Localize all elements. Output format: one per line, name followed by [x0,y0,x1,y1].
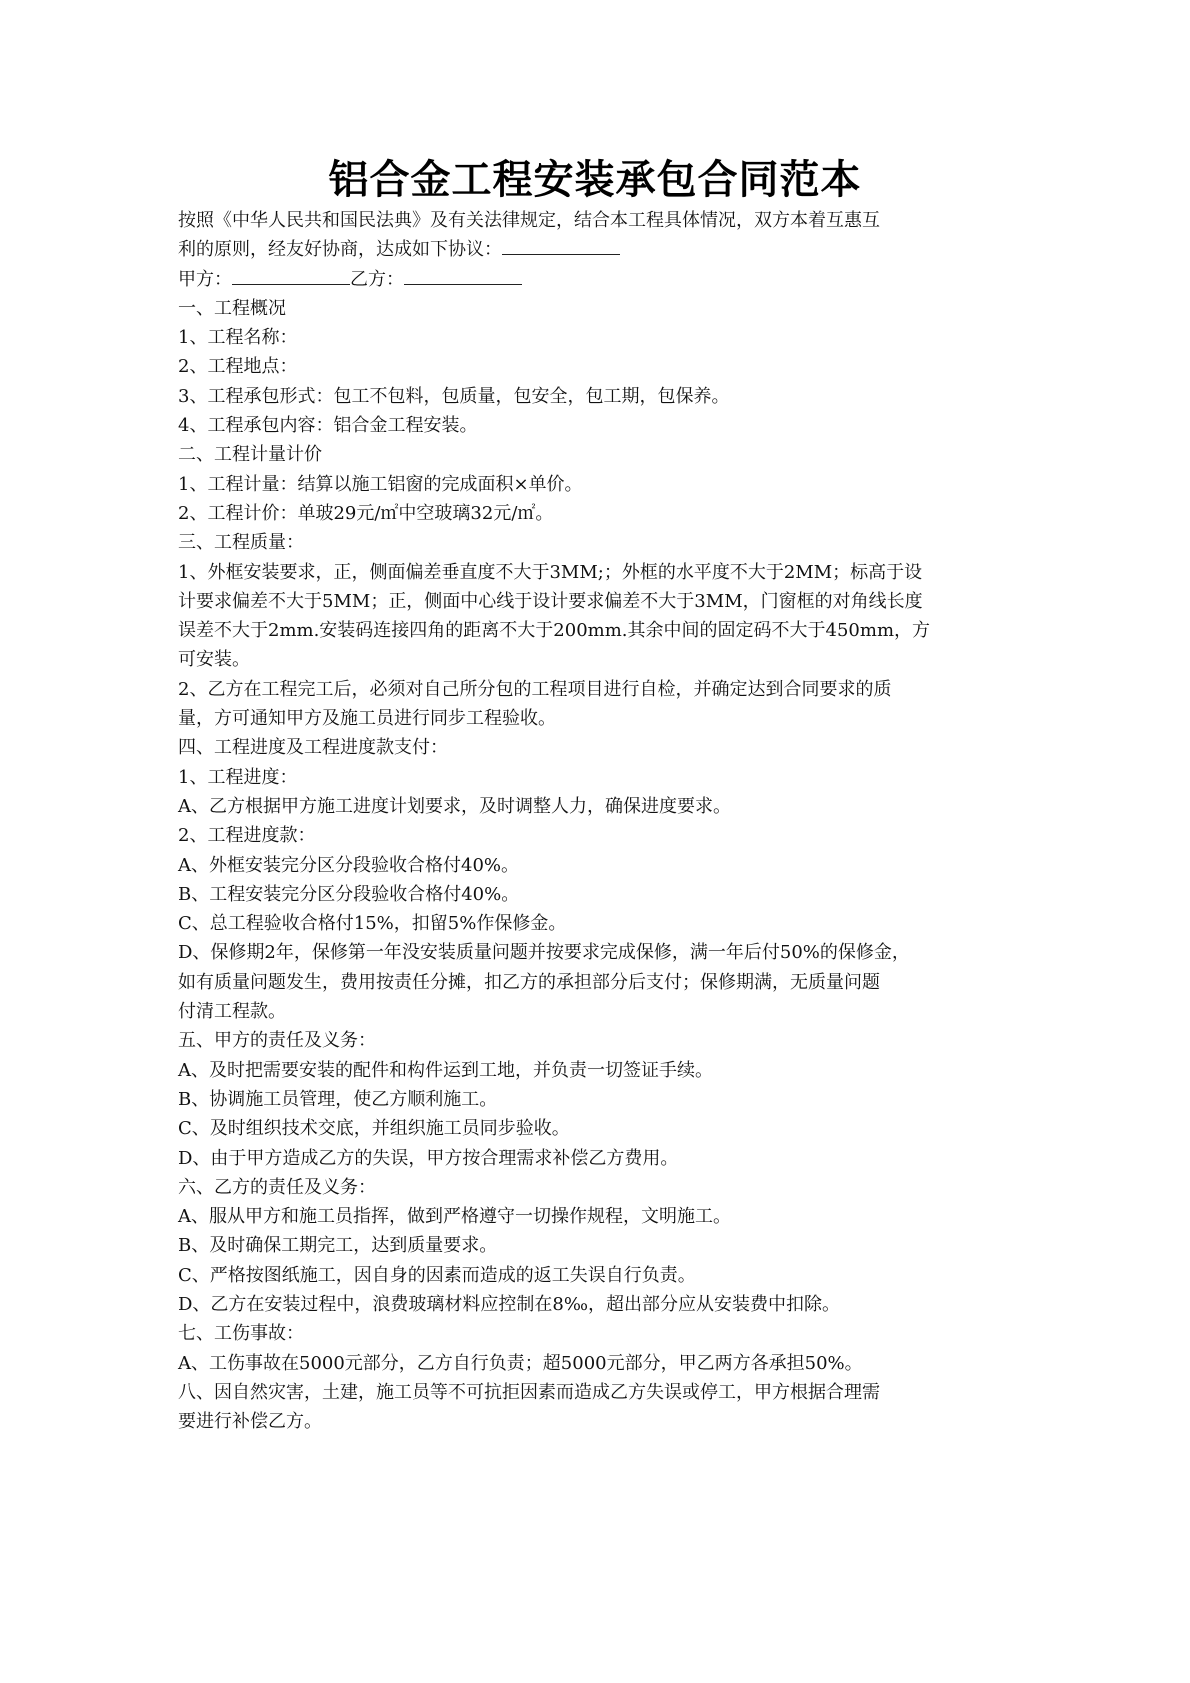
clause: 量，方可通知甲方及施工员进行同步工程验收。 [178,704,1018,733]
clause: 1、外框安装要求，正，侧面偏差垂直度不大于3MM;；外框的水平度不大于2MM；标… [178,558,1018,587]
clause: 计要求偏差不大于5MM；正，侧面中心线于设计要求偏差不大于3MM，门窗框的对角线… [178,587,1018,616]
clause: D、由于甲方造成乙方的失误，甲方按合理需求补偿乙方费用。 [178,1144,1018,1173]
agreement-blank [502,236,620,255]
clause: 3、工程承包形式：包工不包料，包质量，包安全，包工期，包保养。 [178,382,1018,411]
section-heading: 六、乙方的责任及义务： [178,1173,1018,1202]
intro-text: 利的原则，经友好协商，达成如下协议： [178,239,502,260]
section-heading: 一、工程概况 [178,294,1018,323]
section-heading: 八、因自然灾害，土建，施工员等不可抗拒因素而造成乙方失误或停工，甲方根据合理需 [178,1378,1018,1407]
clause: 1、工程计量：结算以施工铝窗的完成面积×单价。 [178,470,1018,499]
section-heading: 四、工程进度及工程进度款支付： [178,733,1018,762]
clause: 1、工程名称： [178,323,1018,352]
party-b-label: 乙方： [350,269,404,290]
intro-line: 利的原则，经友好协商，达成如下协议： [178,235,1018,264]
clause: A、乙方根据甲方施工进度计划要求，及时调整人力，确保进度要求。 [178,792,1018,821]
party-a-blank [232,266,350,285]
intro-line: 按照《中华人民共和国民法典》及有关法律规定，结合本工程具体情况，双方本着互惠互 [178,206,1018,235]
clause: 付清工程款。 [178,997,1018,1026]
parties-line: 甲方：乙方： [178,265,1018,294]
clause: 1、工程进度： [178,763,1018,792]
clause: C、严格按图纸施工，因自身的因素而造成的返工失误自行负责。 [178,1261,1018,1290]
clause: 2、工程计价：单玻29元/㎡中空玻璃32元/㎡。 [178,499,1018,528]
party-a-label: 甲方： [178,269,232,290]
clause: B、工程安装完分区分段验收合格付40%。 [178,880,1018,909]
document-page: 铝合金工程安装承包合同范本 按照《中华人民共和国民法典》及有关法律规定，结合本工… [0,0,1190,1683]
document-body: 按照《中华人民共和国民法典》及有关法律规定，结合本工程具体情况，双方本着互惠互 … [178,206,1018,1436]
clause: B、协调施工员管理，使乙方顺利施工。 [178,1085,1018,1114]
clause: 2、乙方在工程完工后，必须对自己所分包的工程项目进行自检，并确定达到合同要求的质 [178,675,1018,704]
clause: A、服从甲方和施工员指挥，做到严格遵守一切操作规程，文明施工。 [178,1202,1018,1231]
section-heading: 七、工伤事故： [178,1319,1018,1348]
party-b-blank [404,266,522,285]
clause: 4、工程承包内容：铝合金工程安装。 [178,411,1018,440]
section-heading: 三、工程质量： [178,528,1018,557]
clause: A、及时把需要安装的配件和构件运到工地，并负责一切签证手续。 [178,1056,1018,1085]
clause: 可安装。 [178,645,1018,674]
section-heading: 二、工程计量计价 [178,440,1018,469]
clause: 要进行补偿乙方。 [178,1407,1018,1436]
clause: D、保修期2年，保修第一年没安装质量问题并按要求完成保修，满一年后付50%的保修… [178,938,1018,967]
clause: B、及时确保工期完工，达到质量要求。 [178,1231,1018,1260]
section-heading: 五、甲方的责任及义务： [178,1026,1018,1055]
document-title: 铝合金工程安装承包合同范本 [0,152,1190,208]
clause: A、工伤事故在5000元部分，乙方自行负责；超5000元部分，甲乙两方各承担50… [178,1349,1018,1378]
clause: D、乙方在安装过程中，浪费玻璃材料应控制在8‰，超出部分应从安装费中扣除。 [178,1290,1018,1319]
clause: 2、工程地点： [178,352,1018,381]
clause: 如有质量问题发生，费用按责任分摊，扣乙方的承担部分后支付；保修期满，无质量问题 [178,968,1018,997]
clause: C、总工程验收合格付15%，扣留5%作保修金。 [178,909,1018,938]
clause: A、外框安装完分区分段验收合格付40%。 [178,851,1018,880]
clause: 2、工程进度款： [178,821,1018,850]
clause: 误差不大于2mm.安装码连接四角的距离不大于200mm.其余中间的固定码不大于4… [178,616,1018,645]
clause: C、及时组织技术交底，并组织施工员同步验收。 [178,1114,1018,1143]
